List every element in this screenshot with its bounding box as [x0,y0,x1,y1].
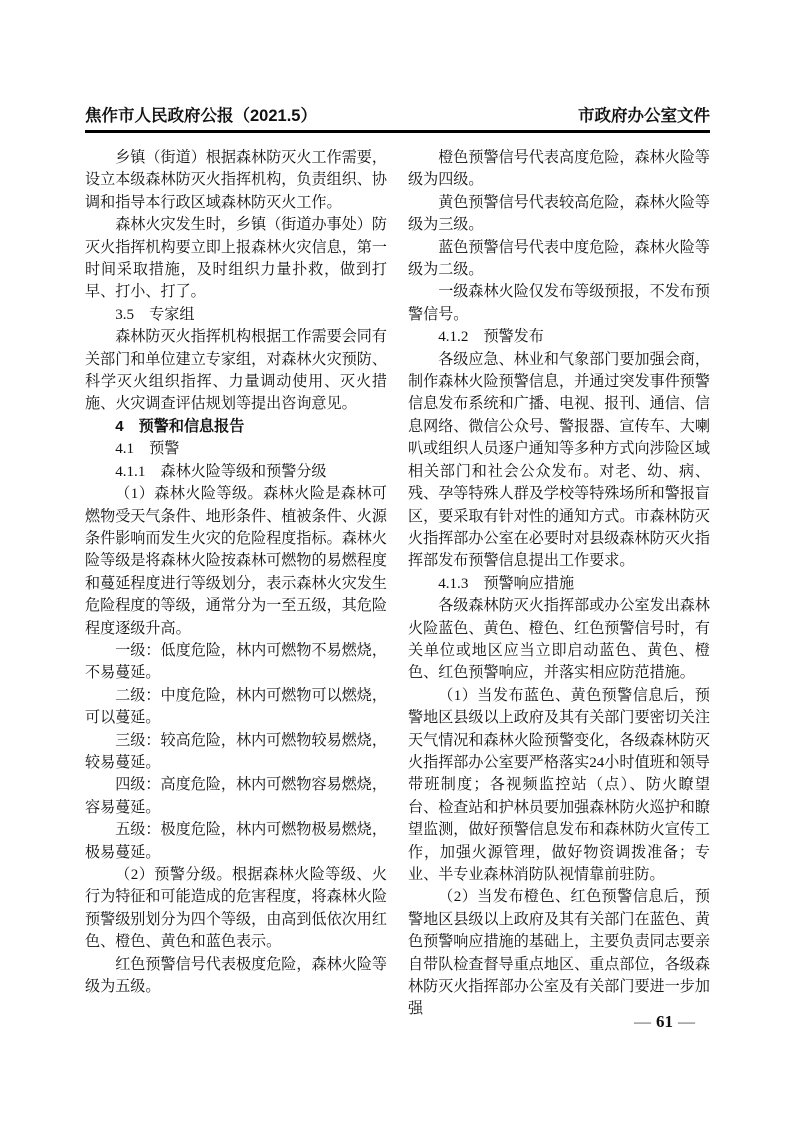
page-number-value: 61 [651,1012,678,1031]
section-heading: 4 预警和信息报告 [85,416,387,438]
gazette-page: 焦作市人民政府公报（2021.5） 市政府办公室文件 乡镇（街道）根据森林防灭火… [0,0,793,1122]
left-column: 乡镇（街道）根据森林防灭火工作需要，设立本级森林防灭火指挥机构，负责组织、协调和… [85,147,387,1021]
paragraph: 乡镇（街道）根据森林防灭火工作需要，设立本级森林防灭火指挥机构，负责组织、协调和… [85,147,387,214]
section-heading: 3.5 专家组 [85,304,387,326]
paragraph: （2）当发布橙色、红色预警信息后，预警地区县级以上政府及其有关部门在蓝色、黄色预… [408,886,710,1020]
paragraph: 二级：中度危险，林内可燃物可以燃烧，可以蔓延。 [85,685,387,730]
section-heading: 4.1.3 预警响应措施 [408,573,710,595]
section-heading: 4.1.1 森林火险等级和预警分级 [85,461,387,483]
paragraph: 蓝色预警信号代表中度危险，森林火险等级为二级。 [408,237,710,282]
paragraph: 森林防灭火指挥机构根据工作需要会同有关部门和单位建立专家组，对森林火灾预防、科学… [85,326,387,416]
page-number-dash-left: — [634,1012,651,1031]
paragraph: 各级森林防灭火指挥部或办公室发出森林火险蓝色、黄色、橙色、红色预警信号时，有关单… [408,595,710,685]
page-number-dash-right: — [678,1012,695,1031]
paragraph: 五级：极度危险，林内可燃物极易燃烧，极易蔓延。 [85,819,387,864]
paragraph: 一级森林火险仅发布等级预报，不发布预警信号。 [408,281,710,326]
paragraph: （1）森林火险等级。森林火险是森林可燃物受天气条件、地形条件、植被条件、火源条件… [85,483,387,640]
paragraph: 红色预警信号代表极度危险，森林火险等级为五级。 [85,954,387,999]
paragraph: 三级：较高危险，林内可燃物较易燃烧，较易蔓延。 [85,730,387,775]
paragraph: 黄色预警信号代表较高危险，森林火险等级为三级。 [408,192,710,237]
paragraph: 各级应急、林业和气象部门要加强会商，制作森林火险预警信息，并通过突发事件预警信息… [408,349,710,573]
document-body: 乡镇（街道）根据森林防灭火工作需要，设立本级森林防灭火指挥机构，负责组织、协调和… [85,147,710,1021]
paragraph: 森林火灾发生时，乡镇（街道办事处）防灭火指挥机构要立即上报森林火灾信息，第一时间… [85,214,387,304]
document-category: 市政府办公室文件 [578,106,710,126]
right-column: 橙色预警信号代表高度危险，森林火险等级为四级。黄色预警信号代表较高危险，森林火险… [408,147,710,1021]
paragraph: （2）预警分级。根据森林火险等级、火行为特征和可能造成的危害程度，将森林火险预警… [85,864,387,954]
paragraph: 四级：高度危险，林内可燃物容易燃烧，容易蔓延。 [85,774,387,819]
page-header: 焦作市人民政府公报（2021.5） 市政府办公室文件 [85,106,710,126]
header-rule [85,130,710,133]
page-number: —61— [634,1012,695,1032]
paragraph: 橙色预警信号代表高度危险，森林火险等级为四级。 [408,147,710,192]
paragraph: 一级：低度危险，林内可燃物不易燃烧，不易蔓延。 [85,640,387,685]
section-heading: 4.1.2 预警发布 [408,326,710,348]
gazette-title: 焦作市人民政府公报（2021.5） [85,106,317,126]
section-heading: 4.1 预警 [85,438,387,460]
paragraph: （1）当发布蓝色、黄色预警信息后，预警地区县级以上政府及其有关部门要密切关注天气… [408,685,710,887]
